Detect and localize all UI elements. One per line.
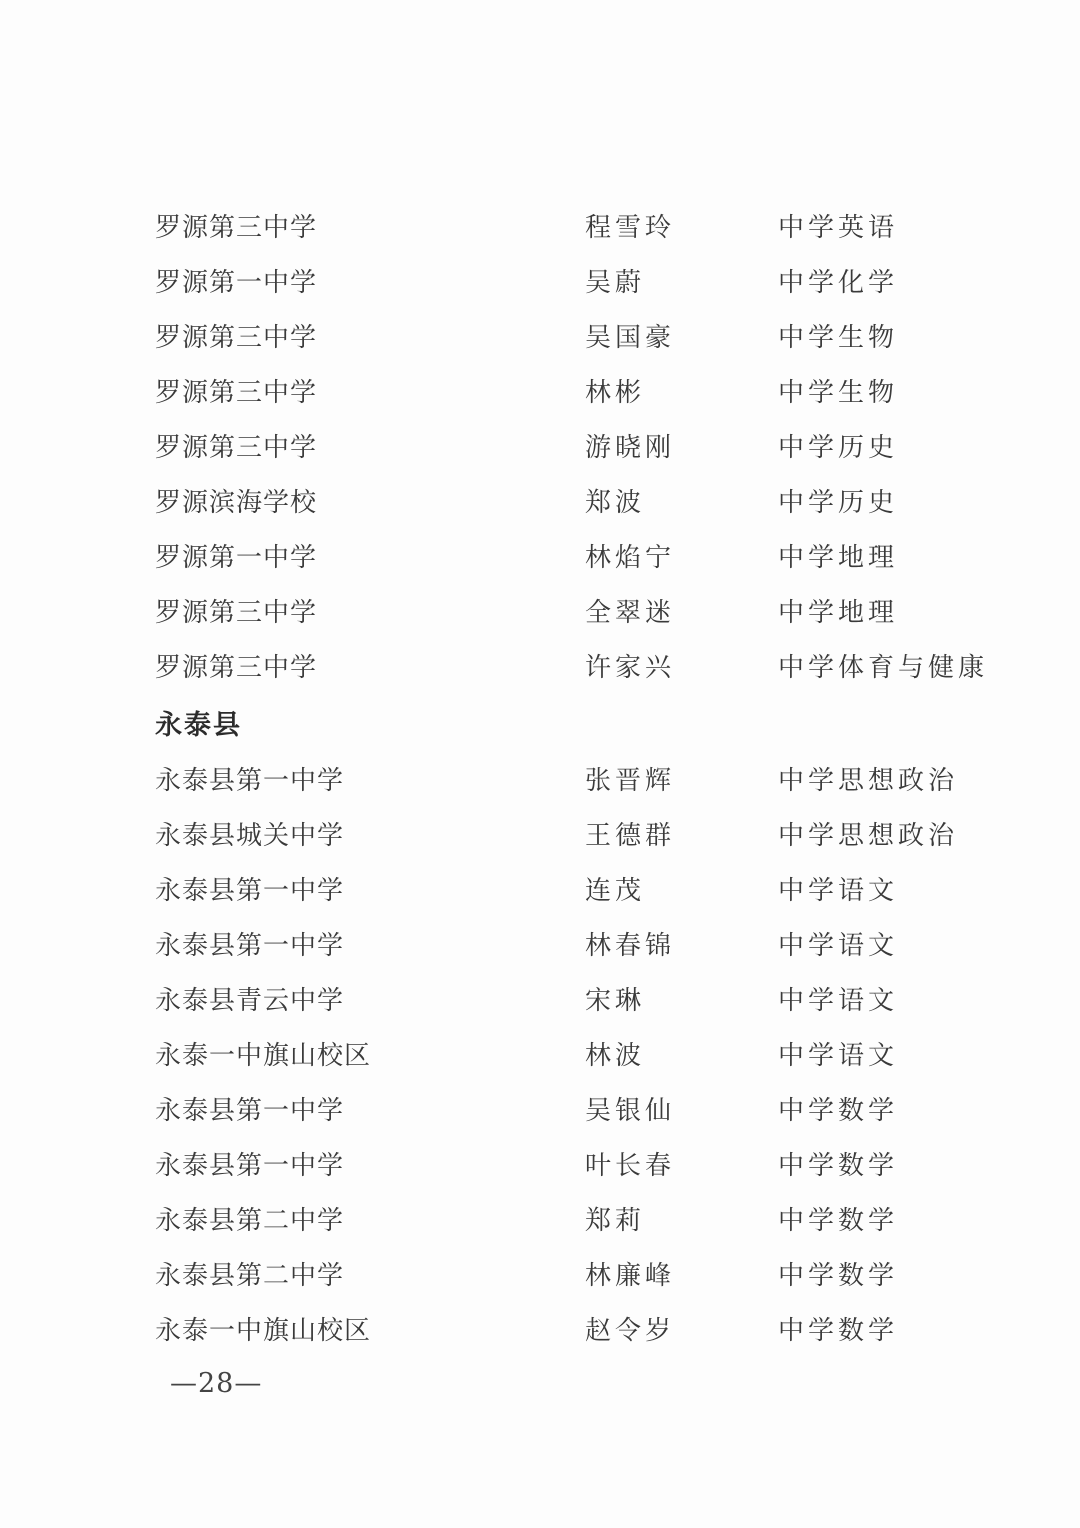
teacher-name-cell: 吴银仙 xyxy=(585,1090,778,1127)
subject-cell: 中学地理 xyxy=(778,537,1020,574)
table-row: 永泰县城关中学 王德群 中学思想政治 xyxy=(155,806,1020,861)
table-row: 永泰县第一中学 叶长春 中学数学 xyxy=(155,1136,1020,1191)
teacher-name-cell: 连茂 xyxy=(585,870,778,907)
section-rows: 罗源第三中学 程雪玲 中学英语 罗源第一中学 吴蔚 中学化学 罗源第三中学 吴国… xyxy=(155,198,1020,693)
teacher-name-cell: 许家兴 xyxy=(585,647,778,684)
teacher-name-cell: 林波 xyxy=(585,1035,778,1072)
subject-cell: 中学语文 xyxy=(778,870,1020,907)
table-row: 罗源第三中学 许家兴 中学体育与健康 xyxy=(155,638,1020,693)
teacher-name-cell: 赵令岁 xyxy=(585,1310,778,1347)
subject-cell: 中学思想政治 xyxy=(778,815,1020,852)
page-number: —28— xyxy=(170,1368,262,1399)
table-row: 罗源第三中学 游晓刚 中学历史 xyxy=(155,418,1020,473)
subject-cell: 中学数学 xyxy=(778,1310,1020,1347)
document-page: 罗源第三中学 程雪玲 中学英语 罗源第一中学 吴蔚 中学化学 罗源第三中学 吴国… xyxy=(0,0,1080,1528)
table-row: 罗源第三中学 吴国豪 中学生物 xyxy=(155,308,1020,363)
teacher-name-cell: 吴国豪 xyxy=(585,317,778,354)
table-row: 永泰一中旗山校区 赵令岁 中学数学 xyxy=(155,1301,1020,1356)
table-row: 罗源第三中学 程雪玲 中学英语 xyxy=(155,198,1020,253)
table-row: 罗源第三中学 全翠迷 中学地理 xyxy=(155,583,1020,638)
school-cell: 罗源第三中学 xyxy=(155,427,585,464)
school-cell: 罗源滨海学校 xyxy=(155,482,585,519)
section-rows: 永泰县第一中学 张晋辉 中学思想政治 永泰县城关中学 王德群 中学思想政治 永泰… xyxy=(155,751,1020,1356)
school-cell: 永泰县第二中学 xyxy=(155,1200,585,1237)
subject-cell: 中学数学 xyxy=(778,1255,1020,1292)
subject-cell: 中学历史 xyxy=(778,427,1020,464)
school-cell: 永泰县第一中学 xyxy=(155,1145,585,1182)
teacher-name-cell: 张晋辉 xyxy=(585,760,778,797)
school-cell: 罗源第一中学 xyxy=(155,537,585,574)
section-header: 永泰县 xyxy=(155,693,1020,751)
teacher-name-cell: 叶长春 xyxy=(585,1145,778,1182)
subject-cell: 中学化学 xyxy=(778,262,1020,299)
teacher-name-cell: 王德群 xyxy=(585,815,778,852)
school-cell: 罗源第三中学 xyxy=(155,317,585,354)
table-row: 永泰县第一中学 张晋辉 中学思想政治 xyxy=(155,751,1020,806)
school-cell: 罗源第三中学 xyxy=(155,207,585,244)
school-cell: 永泰县第一中学 xyxy=(155,925,585,962)
subject-cell: 中学数学 xyxy=(778,1145,1020,1182)
teacher-name-cell: 林春锦 xyxy=(585,925,778,962)
subject-cell: 中学数学 xyxy=(778,1200,1020,1237)
school-cell: 永泰县第二中学 xyxy=(155,1255,585,1292)
school-cell: 永泰一中旗山校区 xyxy=(155,1310,585,1347)
subject-cell: 中学地理 xyxy=(778,592,1020,629)
school-cell: 永泰县第一中学 xyxy=(155,870,585,907)
table-row: 永泰县第一中学 吴银仙 中学数学 xyxy=(155,1081,1020,1136)
subject-cell: 中学语文 xyxy=(778,980,1020,1017)
teacher-name-cell: 林焰宁 xyxy=(585,537,778,574)
teacher-name-cell: 程雪玲 xyxy=(585,207,778,244)
table-row: 罗源第三中学 林彬 中学生物 xyxy=(155,363,1020,418)
teacher-name-cell: 郑波 xyxy=(585,482,778,519)
school-cell: 永泰一中旗山校区 xyxy=(155,1035,585,1072)
county-section: 罗源第三中学 程雪玲 中学英语 罗源第一中学 吴蔚 中学化学 罗源第三中学 吴国… xyxy=(155,198,1020,693)
subject-cell: 中学体育与健康 xyxy=(778,647,1020,684)
subject-cell: 中学语文 xyxy=(778,1035,1020,1072)
subject-cell: 中学历史 xyxy=(778,482,1020,519)
subject-cell: 中学数学 xyxy=(778,1090,1020,1127)
teacher-name-cell: 林廉峰 xyxy=(585,1255,778,1292)
teacher-name-cell: 宋琳 xyxy=(585,980,778,1017)
subject-cell: 中学思想政治 xyxy=(778,760,1020,797)
table-row: 罗源第一中学 吴蔚 中学化学 xyxy=(155,253,1020,308)
school-cell: 罗源第一中学 xyxy=(155,262,585,299)
teacher-name-cell: 游晓刚 xyxy=(585,427,778,464)
table-row: 永泰县第一中学 连茂 中学语文 xyxy=(155,861,1020,916)
school-cell: 永泰县城关中学 xyxy=(155,815,585,852)
award-list: 罗源第三中学 程雪玲 中学英语 罗源第一中学 吴蔚 中学化学 罗源第三中学 吴国… xyxy=(155,198,1020,1356)
subject-cell: 中学语文 xyxy=(778,925,1020,962)
teacher-name-cell: 吴蔚 xyxy=(585,262,778,299)
table-row: 永泰县第一中学 林春锦 中学语文 xyxy=(155,916,1020,971)
subject-cell: 中学生物 xyxy=(778,317,1020,354)
table-row: 永泰一中旗山校区 林波 中学语文 xyxy=(155,1026,1020,1081)
table-row: 永泰县青云中学 宋琳 中学语文 xyxy=(155,971,1020,1026)
table-row: 永泰县第二中学 郑莉 中学数学 xyxy=(155,1191,1020,1246)
school-cell: 永泰县第一中学 xyxy=(155,1090,585,1127)
school-cell: 罗源第三中学 xyxy=(155,592,585,629)
subject-cell: 中学生物 xyxy=(778,372,1020,409)
subject-cell: 中学英语 xyxy=(778,207,1020,244)
school-cell: 罗源第三中学 xyxy=(155,372,585,409)
table-row: 永泰县第二中学 林廉峰 中学数学 xyxy=(155,1246,1020,1301)
table-row: 罗源第一中学 林焰宁 中学地理 xyxy=(155,528,1020,583)
teacher-name-cell: 林彬 xyxy=(585,372,778,409)
county-section: 永泰县 永泰县第一中学 张晋辉 中学思想政治 永泰县城关中学 王德群 中学思想政… xyxy=(155,693,1020,1356)
teacher-name-cell: 全翠迷 xyxy=(585,592,778,629)
table-row: 罗源滨海学校 郑波 中学历史 xyxy=(155,473,1020,528)
school-cell: 永泰县第一中学 xyxy=(155,760,585,797)
school-cell: 罗源第三中学 xyxy=(155,647,585,684)
teacher-name-cell: 郑莉 xyxy=(585,1200,778,1237)
school-cell: 永泰县青云中学 xyxy=(155,980,585,1017)
